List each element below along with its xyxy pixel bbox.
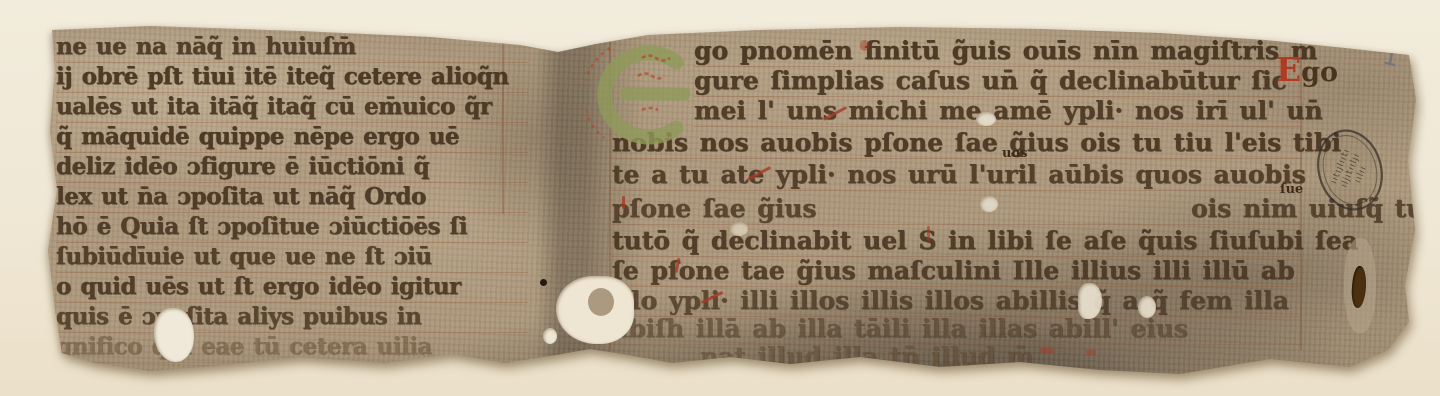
manuscript-text-line: te a tu ate ypli· nos urū l'uril aūbis q… bbox=[612, 160, 1302, 191]
manuscript-text-line: o quid uēs ut ſt ergo idēo igitur bbox=[56, 272, 528, 303]
rubric-mark bbox=[927, 226, 930, 241]
interlinear-gloss: ſue bbox=[1280, 182, 1303, 197]
damage-patch bbox=[730, 222, 748, 236]
manuscript-text-line: pſone ſae g̃ius ois nim uiuſq̃ tuō · bbox=[612, 194, 1302, 225]
rubric-fleck bbox=[1040, 348, 1054, 353]
manuscript-text-line: quis ē ɔpoſita aliys puibus in bbox=[56, 302, 528, 333]
green-initial-E bbox=[586, 36, 698, 148]
parchment-fragment: ne ue na nāq̃ in huiuſm̄ ij obrē pſt tiu… bbox=[0, 0, 1440, 396]
rubric-mark bbox=[860, 40, 869, 51]
fragment-shadow-wrap: ne ue na nāq̃ in huiuſm̄ ij obrē pſt tiu… bbox=[0, 0, 1440, 396]
manuscript-text-line: nat illud illa tn̄ illud m̄ bbox=[700, 342, 1260, 372]
manuscript-text-line: ſe pſone tae g̃ius maſculini Ille illius… bbox=[612, 256, 1302, 287]
damage-patch bbox=[1138, 296, 1156, 318]
manuscript-text-line: deliz idēo ɔfigure ē iūctiōni q̃ bbox=[56, 152, 528, 183]
manuscript-text-line: ij obrē pſt tiui itē iteq̃ cetere alioq̃… bbox=[56, 62, 528, 93]
damage-patch bbox=[980, 196, 998, 212]
manuscript-text-line: ualēs ut ita itāq̃ itaq̃ cū em̄uico q̃r bbox=[56, 92, 528, 123]
manuscript-text-line: illo ypli· illi illos illis illos abilli… bbox=[612, 286, 1302, 317]
damage-hole-center bbox=[588, 288, 614, 316]
manuscript-text-line: gure ſimplias caſus un̄ q̃ declinabūtur … bbox=[694, 66, 1302, 97]
manuscript-text-line: go pnomēn finitū g̃uis ouīs nīn magiſtri… bbox=[694, 36, 1302, 67]
manuscript-text-line: tutō q̃ declinabit uel S in libi ſe aſe … bbox=[612, 226, 1302, 257]
damage-hole bbox=[154, 308, 194, 362]
manuscript-text-line: ſubiūdīuie ut que ue ne ſt ɔiū bbox=[56, 242, 528, 273]
red-initial-E: E bbox=[1276, 50, 1301, 89]
manuscript-text-line: mei l' uns michi me amē ypli· nos irī ul… bbox=[694, 96, 1302, 127]
manuscript-text-line: ne ue na nāq̃ in huiuſm̄ bbox=[56, 32, 528, 63]
damage-hole bbox=[543, 328, 557, 344]
rubric-fleck bbox=[1086, 350, 1096, 355]
foliation-number: 1 bbox=[1380, 41, 1402, 73]
manuscript-text-line: hō ē Quia ſt ɔpoſitue ɔiūctiōēs ſi bbox=[56, 212, 528, 243]
manuscript-text-line: q̃ māquidē quippe nēpe ergo uē bbox=[56, 122, 528, 153]
library-stamp: ııtıȷlııtı ıljıtıılȷı ıılıı bbox=[1312, 126, 1388, 214]
damage-patch bbox=[976, 112, 996, 126]
photograph-backdrop: ne ue na nāq̃ in huiuſm̄ ij obrē pſt tiu… bbox=[0, 0, 1440, 396]
interlinear-gloss: uos bbox=[1002, 146, 1027, 161]
rubricated-word-ego: Ego bbox=[1276, 50, 1338, 89]
wormhole bbox=[540, 279, 547, 286]
manuscript-text-line: abiſh illā ab illa tāili illa illas abil… bbox=[612, 314, 1302, 345]
manuscript-text-line: nobis nos auobis pſone ſae g̃ius ois tu … bbox=[612, 128, 1302, 159]
manuscript-text-line: gnifico qui eae tū cetera uilia bbox=[56, 332, 528, 363]
rubric-mark bbox=[622, 196, 625, 209]
manuscript-text-line: lex ut n̄a ɔpoſita ut nāq̃ Ordo bbox=[56, 182, 528, 213]
